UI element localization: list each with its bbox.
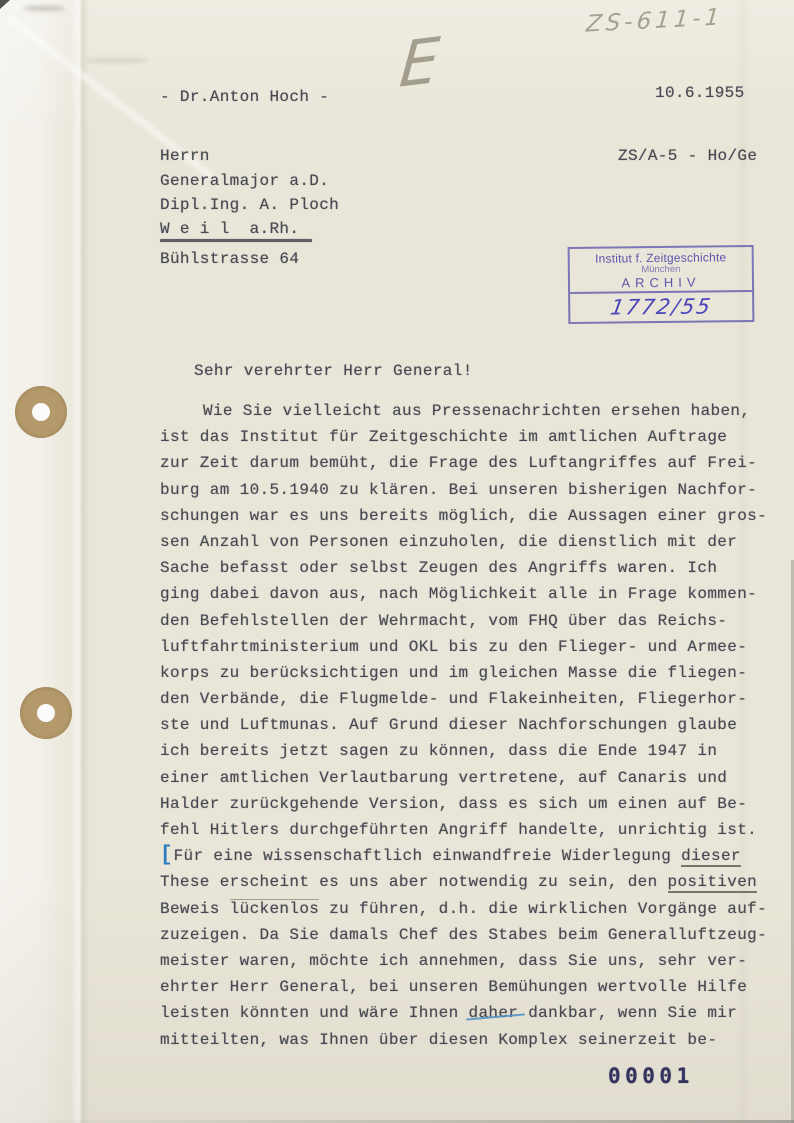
letter-line: den Befehlstellen der Wehrmacht, vom FHQ… (160, 608, 780, 634)
letter-line: ist das Institut für Zeitgeschichte im a… (160, 424, 780, 450)
recipient-city: W e i l a.Rh. (160, 220, 299, 238)
text-segment: ich bereits jetzt sagen zu können, dass … (160, 742, 717, 760)
text-segment: den Befehlstellen der Wehrmacht, vom FHQ… (160, 612, 727, 630)
letter-line: korps zu berücksichtigen und im gleichen… (160, 660, 780, 686)
text-segment: zuzeigen. Da Sie damals Chef des Stabes … (160, 926, 767, 944)
text-segment: korps zu berücksichtigen und im gleichen… (160, 664, 747, 682)
letter-line: zur Zeit darum bemüht, die Frage des Luf… (160, 450, 780, 476)
text-segment: schungen war es uns bereits möglich, die… (160, 507, 767, 525)
letter-line: sen Anzahl von Personen einzuholen, die … (160, 529, 780, 555)
letter-line: Beweis lückenlos zu führen, d.h. die wir… (160, 896, 780, 922)
letter-line: Sache befasst oder selbst Zeugen des Ang… (160, 555, 780, 581)
text-segment: einer amtlichen Verlautbarung vertretene… (160, 769, 727, 787)
letter-line: ehrter Herr General, bei unseren Bemühun… (160, 974, 780, 1000)
text-segment: zu führen, d.h. die wirklichen Vorgänge … (319, 900, 767, 918)
text-segment: burg am 10.5.1940 zu klären. Bei unseren… (160, 481, 757, 499)
text-segment: Für eine wissenschaftlich einwandfreie W… (174, 847, 682, 865)
text-segment: Halder zurückgehende Version, dass es si… (160, 795, 747, 813)
text-segment: dankbar, wenn Sie mir (518, 1004, 737, 1022)
recipient-salute: Herrn (160, 147, 210, 165)
letter-line: burg am 10.5.1940 zu klären. Bei unseren… (160, 477, 780, 503)
punch-hole (37, 704, 55, 722)
letter-date: 10.6.1955 (655, 84, 745, 102)
letter-line: meister waren, möchte ich annehmen, dass… (160, 948, 780, 974)
letter-line: mitteilten, was Ihnen über diesen Komple… (160, 1027, 780, 1053)
file-reference: ZS/A-5 - Ho/Ge (618, 147, 757, 165)
stamp-number-handwritten: 1772/55 (568, 294, 754, 320)
text-segment: Beweis (160, 900, 230, 918)
paper-crease (70, 0, 90, 1123)
letter-line: fehl Hitlers durchgeführten Angriff hand… (160, 817, 780, 843)
text-segment: zur Zeit darum bemüht, die Frage des Luf… (160, 454, 757, 472)
stamp-city: München (570, 263, 752, 276)
stamp-archiv-label: ARCHIV (570, 274, 752, 291)
text-segment: ist das Institut für Zeitgeschichte im a… (160, 428, 727, 446)
annotated-text-u: positiven (668, 873, 758, 893)
recipient-rank: Generalmajor a.D. (160, 172, 329, 190)
corner-shadow (0, 0, 10, 9)
ink-smudge (86, 58, 148, 63)
typed-underline (160, 239, 312, 242)
annotated-text-ov: lückenlos (230, 899, 320, 918)
sender-name: - Dr.Anton Hoch - (160, 88, 329, 106)
punch-hole-reinforcement-top (15, 386, 67, 438)
text-segment: Wie Sie vielleicht aus Pressenachrichten… (203, 402, 750, 420)
letter-line: leisten könnten und wäre Ihnen daher dan… (160, 1000, 780, 1026)
text-segment: These erscheint es uns aber notwendig zu… (160, 873, 668, 891)
recipient-name: Dipl.Ing. A. Ploch (160, 196, 339, 214)
punch-hole-reinforcement-bottom (20, 687, 72, 739)
letter-line: schungen war es uns bereits möglich, die… (160, 503, 780, 529)
text-segment: fehl Hitlers durchgeführten Angriff hand… (160, 821, 757, 839)
letter-line: luftfahrtministerium und OKL bis zu den … (160, 634, 780, 660)
recipient-street: Bühlstrasse 64 (160, 250, 299, 268)
annotated-text-blue: [ (160, 844, 173, 867)
letter-line: Halder zurückgehende Version, dass es si… (160, 791, 780, 817)
text-segment: ehrter Herr General, bei unseren Bemühun… (160, 978, 747, 996)
letter-line: Wie Sie vielleicht aus Pressenachrichten… (160, 398, 780, 424)
letter-line: ich bereits jetzt sagen zu können, dass … (160, 738, 780, 764)
annotated-text-bluestrike: daher (469, 1004, 519, 1022)
text-segment: luftfahrtministerium und OKL bis zu den … (160, 638, 747, 656)
text-segment: ging dabei davon aus, nach Möglichkeit a… (160, 585, 757, 603)
salutation: Sehr verehrter Herr General! (194, 362, 473, 380)
archive-stamp: Institut f. Zeitgeschichte München ARCHI… (568, 245, 755, 324)
text-segment: sen Anzahl von Personen einzuholen, die … (160, 533, 737, 551)
letter-line: ging dabei davon aus, nach Möglichkeit a… (160, 581, 780, 607)
letter-line: These erscheint es uns aber notwendig zu… (160, 869, 780, 895)
punch-hole (32, 403, 50, 421)
letter-line: ste und Luftmunas. Auf Grund dieser Nach… (160, 712, 780, 738)
pencil-smudge (24, 6, 64, 11)
scanned-letter-page: ZS-611-1 E - Dr.Anton Hoch - 10.6.1955 Z… (0, 0, 794, 1123)
text-segment: den Verbände, die Flugmelde- und Flakein… (160, 690, 747, 708)
letter-line: einer amtlichen Verlautbarung vertretene… (160, 765, 780, 791)
page-number-stamp: 00001 (608, 1064, 694, 1088)
text-segment: meister waren, möchte ich annehmen, dass… (160, 952, 747, 970)
annotated-text-u: dieser (681, 847, 741, 867)
letter-body: Wie Sie vielleicht aus Pressenachrichten… (160, 398, 780, 1053)
letter-line: [Für eine wissenschaftlich einwandfreie … (160, 843, 780, 869)
letter-line: den Verbände, die Flugmelde- und Flakein… (160, 686, 780, 712)
handwritten-archive-ref: ZS-611-1 (585, 4, 725, 37)
handwritten-letter-mark: E (397, 23, 442, 102)
text-segment: ste und Luftmunas. Auf Grund dieser Nach… (160, 716, 737, 734)
letter-line: zuzeigen. Da Sie damals Chef des Stabes … (160, 922, 780, 948)
text-segment: Sache befasst oder selbst Zeugen des Ang… (160, 559, 717, 577)
text-segment: mitteilten, was Ihnen über diesen Komple… (160, 1031, 717, 1049)
text-segment: leisten könnten und wäre Ihnen (160, 1004, 469, 1022)
